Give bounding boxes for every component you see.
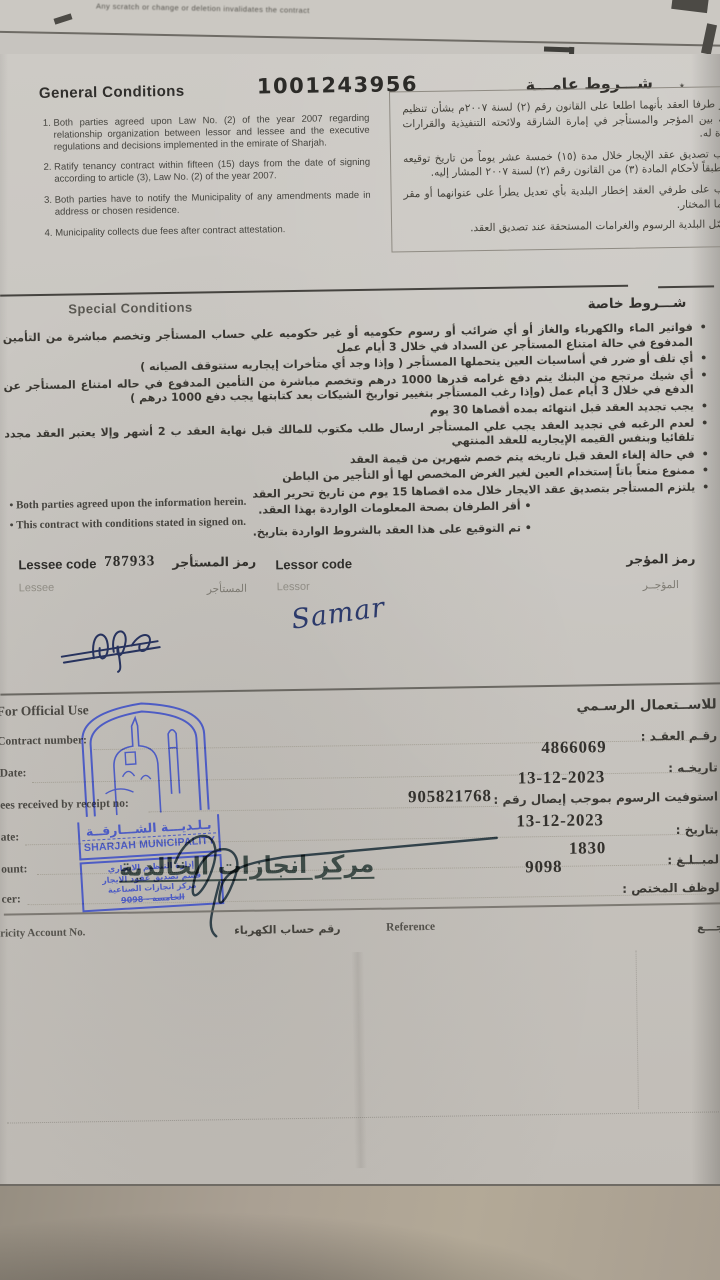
lessee-code-label: Lessee code <box>18 556 96 572</box>
official-label-amount: ount: <box>1 863 27 875</box>
lessor-code-label: Lessor code <box>275 556 352 572</box>
general-condition-ar: ٢- يجب تصديق عقد الإيجار خلال مدة (١٥) خ… <box>403 147 720 182</box>
general-condition-ar: ١- أقر طرفا العقد بأنهما اطلعا على القان… <box>402 97 720 146</box>
mosque-arch-icon <box>70 691 219 817</box>
officer-number-value: 9098 <box>525 857 563 878</box>
lessee-code-value: 787933 <box>104 553 155 571</box>
official-use-title-ar: للاســتعمال الرسـمي <box>576 696 716 714</box>
agreement-statement-en: • This contract with conditions stated i… <box>10 516 246 532</box>
special-conditions-list: •فواتير الماء والكهرباء والغاز أو أي ضرا… <box>3 321 710 509</box>
official-label-receipt-date-ar: بتاريخ : <box>676 822 719 837</box>
lower-sheet-edge <box>0 1184 720 1280</box>
official-label-contract-number-ar: رقـم العقـد : <box>641 728 718 743</box>
section-divider <box>658 285 714 288</box>
agreement-statement-en: • Both parties agreed upon the informati… <box>9 496 246 512</box>
photographed-contract-page: Any scratch or change or deletion invali… <box>0 0 720 1280</box>
receipt-number-value: 905821768 <box>408 786 492 807</box>
lessor-sub-label-ar: المؤجــر <box>643 579 679 592</box>
general-conditions-list-en: Both parties agreed upon Law No. (2) of … <box>35 113 371 249</box>
receipt-date-value: 13-12-2023 <box>516 810 604 831</box>
agreement-statement-ar: • تم التوقيع على هذا العقد بالشروط الوار… <box>253 521 532 538</box>
general-condition-en: Ratify tenancy contract within fifteen (… <box>54 157 370 186</box>
general-conditions-title-en: General Conditions <box>39 83 185 102</box>
lessee-sub-label: Lessee <box>19 582 55 595</box>
official-label-fees-receipt-ar: استوفيت الرسوم بموجب إيصال رقم : <box>493 789 718 807</box>
official-label-receipt-date: ate: <box>1 831 20 843</box>
contract-date-value: 13-12-2023 <box>518 767 606 788</box>
official-label-date: Date: <box>0 767 27 779</box>
electricity-account-label-en: ricity Account No. <box>0 926 85 939</box>
official-label-officer: cer: <box>2 893 21 905</box>
lessor-signature-name: Samar <box>290 592 388 636</box>
reference-label-en: Reference <box>386 921 435 934</box>
general-condition-ar: ٣- يجب على طرفي العقد إخطار البلدية بأي … <box>403 182 720 217</box>
lessor-sub-label: Lessor <box>277 581 310 594</box>
official-label-amount-ar: لمبــلـغ : <box>667 852 719 867</box>
special-conditions-title-ar: شـــروط خاصة <box>588 295 687 313</box>
contract-number-value: 4866069 <box>541 737 606 758</box>
official-section-divider <box>0 682 720 695</box>
lessee-code-label-ar: رمز المستأجر <box>172 554 256 570</box>
paper-fold-line <box>352 952 367 1168</box>
lessee-signature <box>59 619 172 675</box>
amount-value: 1830 <box>569 838 607 859</box>
official-label-officer-ar: لوظف المختص : <box>622 880 720 896</box>
faint-dotted-line <box>636 951 639 1109</box>
general-condition-en: Municipality collects due fees after con… <box>55 222 371 239</box>
general-condition-en: Both parties have to notify the Municipa… <box>55 190 371 219</box>
general-condition-ar: ٤- تحصّل البلدية الرسوم والغرامات المستح… <box>404 217 720 237</box>
reference-label-ar: رجـــع <box>697 920 720 934</box>
electricity-account-label-ar: رقم حساب الكهرباء <box>234 922 341 937</box>
general-condition-en: Both parties agreed upon Law No. (2) of … <box>53 113 370 153</box>
general-conditions-box-ar: ١- أقر طرفا العقد بأنهما اطلعا على القان… <box>389 86 720 253</box>
lessee-sub-label-ar: المستأجر <box>207 583 247 596</box>
special-conditions-title-en: Special Conditions <box>68 300 192 317</box>
lessor-code-label-ar: رمز المؤجر <box>626 551 695 567</box>
official-label-date-ar: تاريخـه : <box>668 760 718 775</box>
section-divider <box>0 285 628 297</box>
